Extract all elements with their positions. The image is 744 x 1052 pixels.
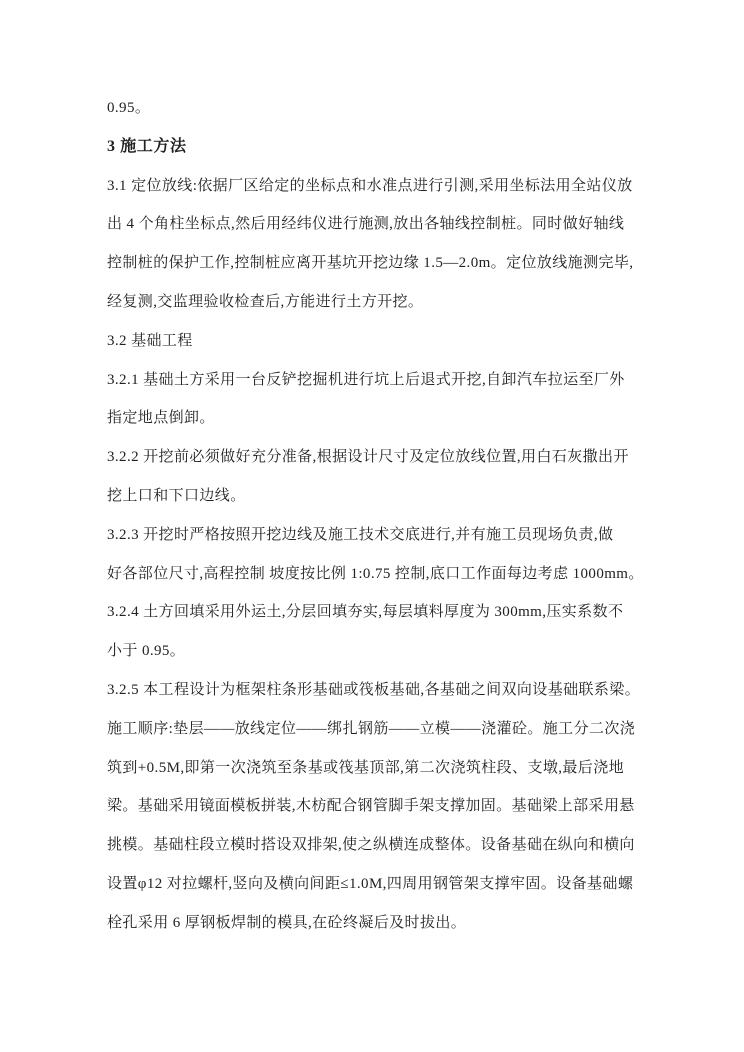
document-body: 0.95。 3 施工方法 3.1 定位放线:依据厂区给定的坐标点和水准点进行引测… [107, 89, 652, 943]
para-3-1-line-3: 控制桩的保护工作,控制桩应离开基坑开挖边缘 1.5—2.0m。定位放线施测完毕, [107, 244, 652, 283]
para-3-2-4-line-2: 小于 0.95。 [107, 632, 652, 671]
para-3-1-line-1: 3.1 定位放线:依据厂区给定的坐标点和水准点进行引测,采用坐标法用全站仪放 [107, 167, 652, 206]
para-3-2-2-line-2: 挖上口和下口边线。 [107, 477, 652, 516]
para-carryover-value: 0.95。 [107, 89, 652, 128]
para-3-2-5-line-6: 设置φ12 对拉螺杆,竖向及横向间距≤1.0M,四周用钢管架支撑牢固。设备基础螺 [107, 865, 652, 904]
para-3-2-4-line-1: 3.2.4 土方回填采用外运土,分层回填夯实,每层填料厚度为 300mm,压实系… [107, 593, 652, 632]
para-3-2-3-line-1: 3.2.3 开挖时严格按照开挖边线及施工技术交底进行,并有施工员现场负责,做 [107, 516, 652, 555]
para-3-1-line-2: 出 4 个角柱坐标点,然后用经纬仪进行施测,放出各轴线控制桩。同时做好轴线 [107, 205, 652, 244]
document-page: 0.95。 3 施工方法 3.1 定位放线:依据厂区给定的坐标点和水准点进行引测… [0, 0, 744, 1052]
para-3-2-5-line-5: 挑模。基础柱段立模时搭设双排架,使之纵横连成整体。设备基础在纵向和横向 [107, 826, 652, 865]
heading-section-3-construction-method: 3 施工方法 [107, 128, 652, 167]
para-3-2-5-line-1: 3.2.5 本工程设计为框架柱条形基础或筏板基础,各基础之间双向设基础联系梁。 [107, 671, 652, 710]
para-3-2-1-line-1: 3.2.1 基础土方采用一台反铲挖掘机进行坑上后退式开挖,自卸汽车拉运至厂外 [107, 361, 652, 400]
para-3-2-1-line-2: 指定地点倒卸。 [107, 399, 652, 438]
para-3-2-3-line-2: 好各部位尺寸,高程控制 坡度按比例 1:0.75 控制,底口工作面每边考虑 10… [107, 555, 652, 594]
para-3-2-5-line-4: 梁。基础采用镜面模板拼装,木枋配合钢管脚手架支撑加固。基础梁上部采用悬 [107, 787, 652, 826]
para-3-2-5-line-3: 筑到+0.5M,即第一次浇筑至条基或筏基顶部,第二次浇筑柱段、支墩,最后浇地 [107, 749, 652, 788]
para-3-1-line-4: 经复测,交监理验收检查后,方能进行土方开挖。 [107, 283, 652, 322]
para-3-2-2-line-1: 3.2.2 开挖前必须做好充分准备,根据设计尺寸及定位放线位置,用白石灰撒出开 [107, 438, 652, 477]
para-3-2-5-line-2: 施工顺序:垫层——放线定位——绑扎钢筋——立模——浇灌砼。施工分二次浇 [107, 710, 652, 749]
subheading-3-2-foundation-works: 3.2 基础工程 [107, 322, 652, 361]
para-3-2-5-line-7: 栓孔采用 6 厚钢板焊制的模具,在砼终凝后及时拔出。 [107, 904, 652, 943]
